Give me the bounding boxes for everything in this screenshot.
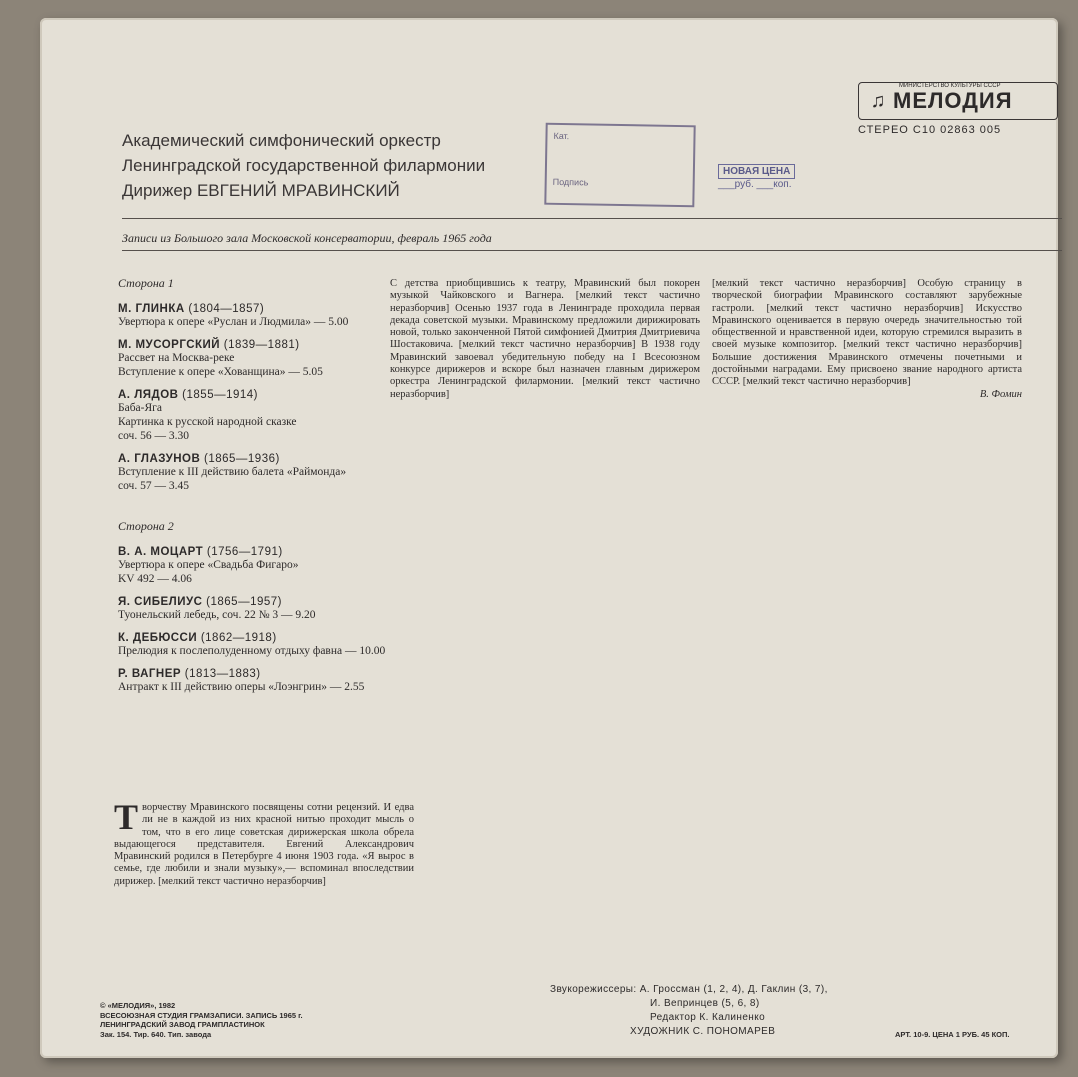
side1-label: Сторона 1 [118,276,418,291]
composer-name: Р. ВАГНЕР (1813—1883) [118,668,418,680]
record-sleeve-back: Академический симфонический оркестр Лени… [40,18,1058,1058]
essay-signature: В. Фомин [712,389,1022,401]
composer-name: К. ДЕБЮССИ (1862—1918) [118,632,418,644]
work-title: Антракт к III действию оперы «Лоэнгрин» … [118,680,418,694]
composer-name: Я. СИБЕЛИУС (1865—1957) [118,596,418,608]
side2-label: Сторона 2 [118,519,418,534]
legal-line3: ЛЕНИНГРАДСКИЙ ЗАВОД ГРАМПЛАСТИНОК [100,1020,303,1030]
composer-name: А. ЛЯДОВ (1855—1914) [118,389,418,401]
work-title: Туонельский лебедь, соч. 22 № 3 — 9.20 [118,608,418,622]
new-price-stamp: НОВАЯ ЦЕНА ___руб. ___коп. [718,164,828,204]
stamp-line2: Подпись [553,177,687,189]
conductor-name: Дирижер ЕВГЕНИЙ МРАВИНСКИЙ [122,178,485,203]
composer-years: (1804—1857) [188,303,264,315]
work-title: Вступление к опере «Хованщина» — 5.05 [118,365,418,379]
stamp-line1: Кат. [553,131,687,143]
essay-column-3: [мелкий текст частично неразборчив] Особ… [712,278,1022,401]
track-list: Сторона 1 М. ГЛИНКА (1804—1857)Увертюра … [118,276,418,694]
composer-years: (1865—1957) [206,596,282,608]
catalog-number: СТЕРЕО С10 02863 005 [858,124,1001,136]
essay-column-1: Т ворчеству Мравинского посвящены сотни … [114,802,414,888]
composer-years: (1839—1881) [224,339,300,351]
performer-header: Академический симфонический оркестр Лени… [122,128,485,203]
new-price-rub: ___руб. [718,179,754,190]
work-title: Рассвет на Москва-реке [118,351,418,365]
logo-ministry: МИНИСТЕРСТВО КУЛЬТУРЫ СССР [899,83,1001,89]
legal-line1: © «МЕЛОДИЯ», 1982 [100,1001,303,1011]
dropcap: Т [114,802,138,832]
composer-name: М. МУСОРГСКИЙ (1839—1881) [118,339,418,351]
new-price-kop: ___коп. [757,179,792,190]
composer-years: (1813—1883) [185,668,261,680]
work-title: Баба-Яга [118,401,418,415]
side1-tracks: М. ГЛИНКА (1804—1857)Увертюра к опере «Р… [118,303,418,493]
new-price-title: НОВАЯ ЦЕНА [718,164,795,179]
work-title: Увертюра к опере «Руслан и Людмила» — 5.… [118,315,418,329]
melodiya-note-icon: ♫ [863,86,893,116]
credits-artist: ХУДОЖНИК С. ПОНОМАРЕВ [550,1025,828,1039]
melodiya-logo: ♫ МИНИСТЕРСТВО КУЛЬТУРЫ СССР МЕЛОДИЯ [858,82,1058,120]
credits-engineers: Звукорежиссеры: А. Гроссман (1, 2, 4), Д… [550,983,828,997]
header-divider [122,218,1062,219]
work-title: соч. 57 — 3.45 [118,479,418,493]
work-title: KV 492 — 4.06 [118,572,418,586]
legal-info: © «МЕЛОДИЯ», 1982 ВСЕСОЮЗНАЯ СТУДИЯ ГРАМ… [100,1001,303,1039]
composer-years: (1862—1918) [201,632,277,644]
price-label: АРТ. 10-9. ЦЕНА 1 РУБ. 45 КОП. [895,1030,1010,1039]
side2-tracks: В. А. МОЦАРТ (1756—1791)Увертюра к опере… [118,546,418,694]
logo-brand: МЕЛОДИЯ [893,88,1013,114]
subtitle-divider [122,250,1062,251]
composer-years: (1865—1936) [204,453,280,465]
orchestra-name-line1: Академический симфонический оркестр [122,128,485,153]
essay-text-1: ворчеству Мравинского посвящены сотни ре… [114,802,414,887]
composer-name: А. ГЛАЗУНОВ (1865—1936) [118,453,418,465]
credits-engineers2: И. Вепринцев (5, 6, 8) [550,997,828,1011]
recording-subtitle: Записи из Большого зала Московской консе… [122,231,492,246]
legal-line4: Зак. 154. Тир. 640. Тип. завода [100,1030,303,1040]
catalog-stamp: Кат. Подпись [544,123,695,208]
essay-column-2: С детства приобщившись к театру, Мравинс… [390,278,700,401]
composer-years: (1855—1914) [182,389,258,401]
composer-name: В. А. МОЦАРТ (1756—1791) [118,546,418,558]
work-title: Картинка к русской народной сказке [118,415,418,429]
credits-editor: Редактор К. Калиненко [550,1011,828,1025]
credits: Звукорежиссеры: А. Гроссман (1, 2, 4), Д… [550,983,828,1039]
work-title: Увертюра к опере «Свадьба Фигаро» [118,558,418,572]
work-title: Вступление к III действию балета «Раймон… [118,465,418,479]
orchestra-name-line2: Ленинградской государственной филармонии [122,153,485,178]
composer-name: М. ГЛИНКА (1804—1857) [118,303,418,315]
composer-years: (1756—1791) [207,546,283,558]
legal-line2: ВСЕСОЮЗНАЯ СТУДИЯ ГРАМЗАПИСИ. ЗАПИСЬ 196… [100,1011,303,1021]
work-title: Прелюдия к послеполуденному отдыху фавна… [118,644,418,658]
work-title: соч. 56 — 3.30 [118,429,418,443]
essay-text-2: С детства приобщившись к театру, Мравинс… [390,278,700,400]
essay-text-3: [мелкий текст частично неразборчив] Особ… [712,278,1022,387]
